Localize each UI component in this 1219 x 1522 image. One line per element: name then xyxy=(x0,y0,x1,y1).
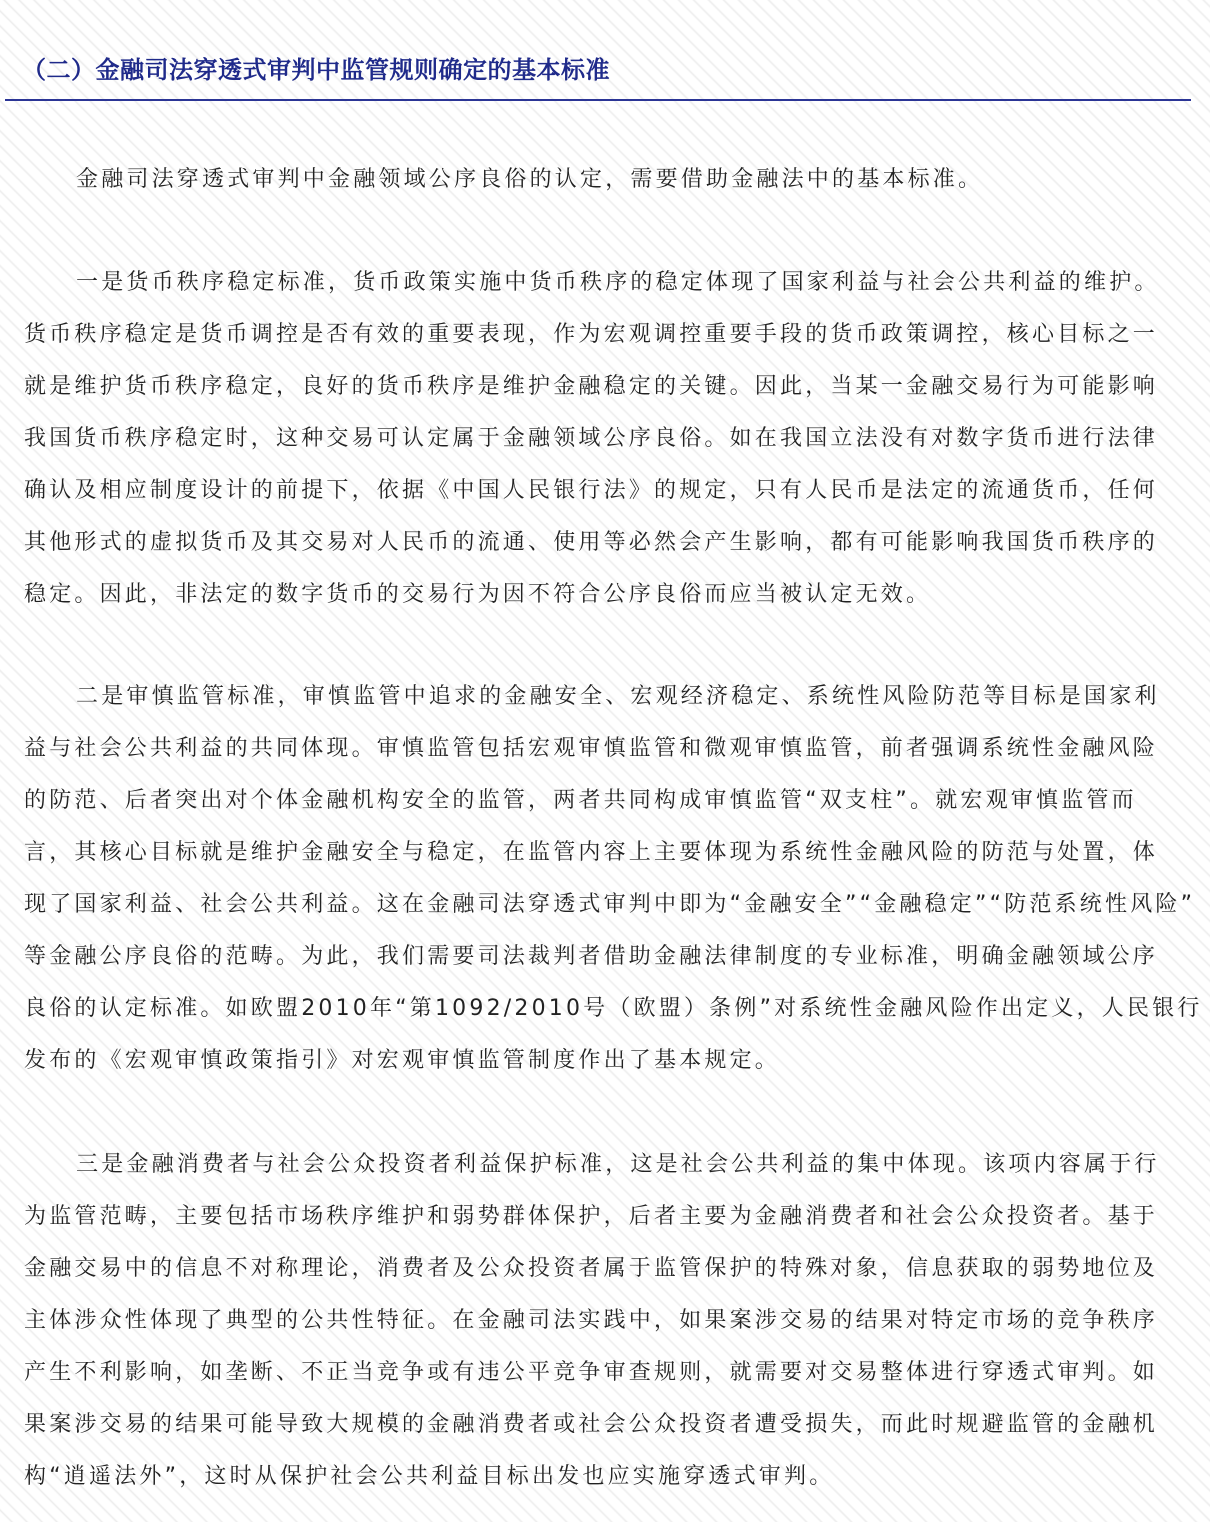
paragraph-line: 的防范、后者突出对个体金融机构安全的监管，两者共同构成审慎监管“双支柱”。就宏观… xyxy=(24,775,1184,827)
intro-paragraph: 金融司法穿透式审判中金融领域公序良俗的认定，需要借助金融法中的基本标准。 xyxy=(24,154,1184,206)
section-title: （二）金融司法穿透式审判中监管规则确定的基本标准 xyxy=(22,52,610,88)
paragraph-prudential-supervision: 二是审慎监管标准，审慎监管中追求的金融安全、宏观经济稳定、系统性风险防范等目标是… xyxy=(24,671,1184,1087)
paragraph-line: 等金融公序良俗的范畴。为此，我们需要司法裁判者借助金融法律制度的专业标准，明确金… xyxy=(24,931,1184,983)
paragraph-line: 二是审慎监管标准，审慎监管中追求的金融安全、宏观经济稳定、系统性风险防范等目标是… xyxy=(24,671,1184,723)
paragraph-monetary-order: 一是货币秩序稳定标准，货币政策实施中货币秩序的稳定体现了国家利益与社会公共利益的… xyxy=(24,257,1184,621)
paragraph-line: 稳定。因此，非法定的数字货币的交易行为因不符合公序良俗而应当被认定无效。 xyxy=(24,569,1184,621)
paragraph-line: 产生不利影响，如垄断、不正当竞争或有违公平竞争审查规则，就需要对交易整体进行穿透… xyxy=(24,1347,1184,1399)
paragraph-line: 益与社会公共利益的共同体现。审慎监管包括宏观审慎监管和微观审慎监管，前者强调系统… xyxy=(24,723,1184,775)
paragraph-line: 确认及相应制度设计的前提下，依据《中国人民银行法》的规定，只有人民币是法定的流通… xyxy=(24,465,1184,517)
paragraph-line: 现了国家利益、社会公共利益。这在金融司法穿透式审判中即为“金融安全”“金融稳定”… xyxy=(24,879,1184,931)
paragraph-consumer-protection: 三是金融消费者与社会公众投资者利益保护标准，这是社会公共利益的集中体现。该项内容… xyxy=(24,1139,1184,1503)
paragraph-line: 发布的《宏观审慎政策指引》对宏观审慎监管制度作出了基本规定。 xyxy=(24,1035,1184,1087)
paragraph-line: 三是金融消费者与社会公众投资者利益保护标准，这是社会公共利益的集中体现。该项内容… xyxy=(24,1139,1184,1191)
paragraph-line: 一是货币秩序稳定标准，货币政策实施中货币秩序的稳定体现了国家利益与社会公共利益的… xyxy=(24,257,1184,309)
paragraph-line: 我国货币秩序稳定时，这种交易可认定属于金融领域公序良俗。如在我国立法没有对数字货… xyxy=(24,413,1184,465)
paragraph-line: 构“逍遥法外”，这时从保护社会公共利益目标出发也应实施穿透式审判。 xyxy=(24,1451,1184,1503)
paragraph-line: 言，其核心目标就是维护金融安全与稳定，在监管内容上主要体现为系统性金融风险的防范… xyxy=(24,827,1184,879)
paragraph-line: 果案涉交易的结果可能导致大规模的金融消费者或社会公众投资者遭受损失，而此时规避监… xyxy=(24,1399,1184,1451)
title-divider xyxy=(5,99,1191,101)
paragraph-line: 为监管范畴，主要包括市场秩序维护和弱势群体保护，后者主要为金融消费者和社会公众投… xyxy=(24,1191,1184,1243)
paragraph-line: 主体涉众性体现了典型的公共性特征。在金融司法实践中，如果案涉交易的结果对特定市场… xyxy=(24,1295,1184,1347)
paragraph-line: 货币秩序稳定是货币调控是否有效的重要表现，作为宏观调控重要手段的货币政策调控，核… xyxy=(24,309,1184,361)
paragraph-line: 金融交易中的信息不对称理论，消费者及公众投资者属于监管保护的特殊对象，信息获取的… xyxy=(24,1243,1184,1295)
paragraph-line: 良俗的认定标准。如欧盟2010年“第1092/2010号（欧盟）条例”对系统性金… xyxy=(24,983,1184,1035)
paragraph-line: 其他形式的虚拟货币及其交易对人民币的流通、使用等必然会产生影响，都有可能影响我国… xyxy=(24,517,1184,569)
document-page: （二）金融司法穿透式审判中监管规则确定的基本标准 金融司法穿透式审判中金融领域公… xyxy=(0,0,1210,1522)
paragraph-line: 就是维护货币秩序稳定，良好的货币秩序是维护金融稳定的关键。因此，当某一金融交易行… xyxy=(24,361,1184,413)
paragraph-line: 金融司法穿透式审判中金融领域公序良俗的认定，需要借助金融法中的基本标准。 xyxy=(24,154,1184,206)
